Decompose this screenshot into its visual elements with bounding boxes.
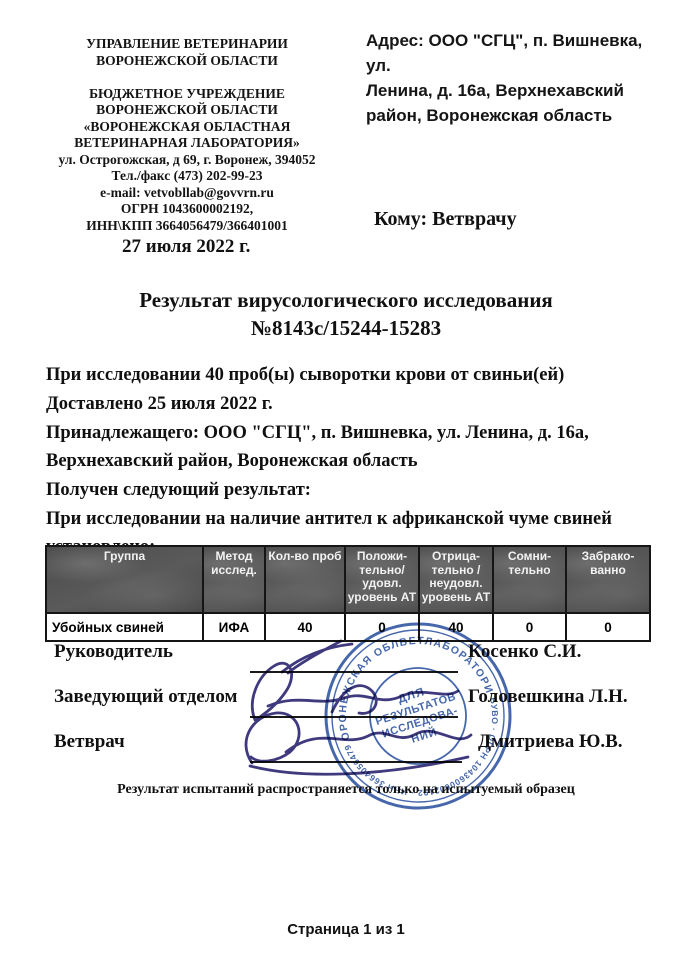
signer-role-vet: Ветврач [54, 731, 125, 753]
cell-positive: 0 [345, 613, 419, 641]
body-paragraph-owner: Принадлежащего: ООО "СГЦ", п. Вишневка, … [46, 419, 654, 475]
document-title: Результат вирусологического исследования… [40, 286, 652, 342]
signature-line [250, 716, 458, 718]
signature-line [250, 671, 458, 673]
table-row: Убойных свиней ИФА 40 0 40 0 0 [46, 613, 650, 641]
col-header-method: Метод исслед. [203, 546, 265, 613]
stamp-center-line3: ИССЛЕДОВА- [381, 705, 460, 741]
scanned-document-page: УПРАВЛЕНИЕ ВЕТЕРИНАРИИ ВОРОНЕЖСКОЙ ОБЛАС… [0, 0, 692, 968]
signature-line [250, 761, 462, 763]
body-paragraph-delivered: Доставлено 25 июля 2022 г. [46, 390, 654, 418]
page-number: Страница 1 из 1 [0, 921, 692, 938]
col-header-sample-count: Кол-во проб [265, 546, 345, 613]
document-title-line1: Результат вирусологического исследования [40, 286, 652, 314]
signer-name-vet: Дмитриева Ю.В. [478, 731, 623, 753]
disclaimer-line: Результат испытаний распространяется тол… [40, 782, 652, 798]
signer-name-director: Косенко С.И. [468, 641, 581, 663]
col-header-negative: Отрица- тельно / неудовл. уровень АТ [419, 546, 493, 613]
cell-doubtful: 0 [493, 613, 566, 641]
recipient-line: Кому: Ветврачу [374, 208, 517, 231]
stamp-ring-bottom-text: БУВО · ОГРН 1043600002192 · ИНН 36640564… [342, 695, 521, 819]
stamp-center-line1: ДЛЯ [397, 686, 427, 706]
stamp-center-line2: РЕЗУЛЬТАТОВ [374, 691, 458, 728]
col-header-group: Группа [46, 546, 203, 613]
col-header-positive: Положи- тельно/ удовл. уровень АТ [345, 546, 419, 613]
cell-method: ИФА [203, 613, 265, 641]
svg-text:БУВО · ОГРН 1043600002192 · ИН: БУВО · ОГРН 1043600002192 · ИНН 36640564… [342, 695, 521, 819]
col-header-doubtful: Сомни- тельно [493, 546, 566, 613]
signer-role-dept-head: Заведующий отделом [54, 686, 237, 708]
document-date: 27 июля 2022 г. [122, 236, 250, 258]
body-paragraph-samples: При исследовании 40 проб(ы) сыворотки кр… [46, 361, 654, 389]
cell-negative: 40 [419, 613, 493, 641]
cell-sample-count: 40 [265, 613, 345, 641]
body-text: При исследовании 40 проб(ы) сыворотки кр… [46, 361, 654, 562]
body-paragraph-result-intro: Получен следующий результат: [46, 476, 654, 504]
cell-group: Убойных свиней [46, 613, 203, 641]
signer-role-director: Руководитель [54, 641, 173, 663]
col-header-rejected: Забрако- ванно [566, 546, 650, 613]
table-header-row: Группа Метод исслед. Кол-во проб Положи-… [46, 546, 650, 613]
signer-name-dept-head: Головешкина Л.Н. [468, 686, 628, 708]
address-block: Адрес: ООО "СГЦ", п. Вишневка, ул. Ленин… [366, 28, 666, 128]
stamp-center-line4: НИЙ [410, 725, 439, 746]
document-number: №8143с/15244-15283 [40, 314, 652, 342]
results-table: Группа Метод исслед. Кол-во проб Положи-… [45, 545, 651, 642]
cell-rejected: 0 [566, 613, 650, 641]
org-header-block: УПРАВЛЕНИЕ ВЕТЕРИНАРИИ ВОРОНЕЖСКОЙ ОБЛАС… [42, 36, 332, 234]
